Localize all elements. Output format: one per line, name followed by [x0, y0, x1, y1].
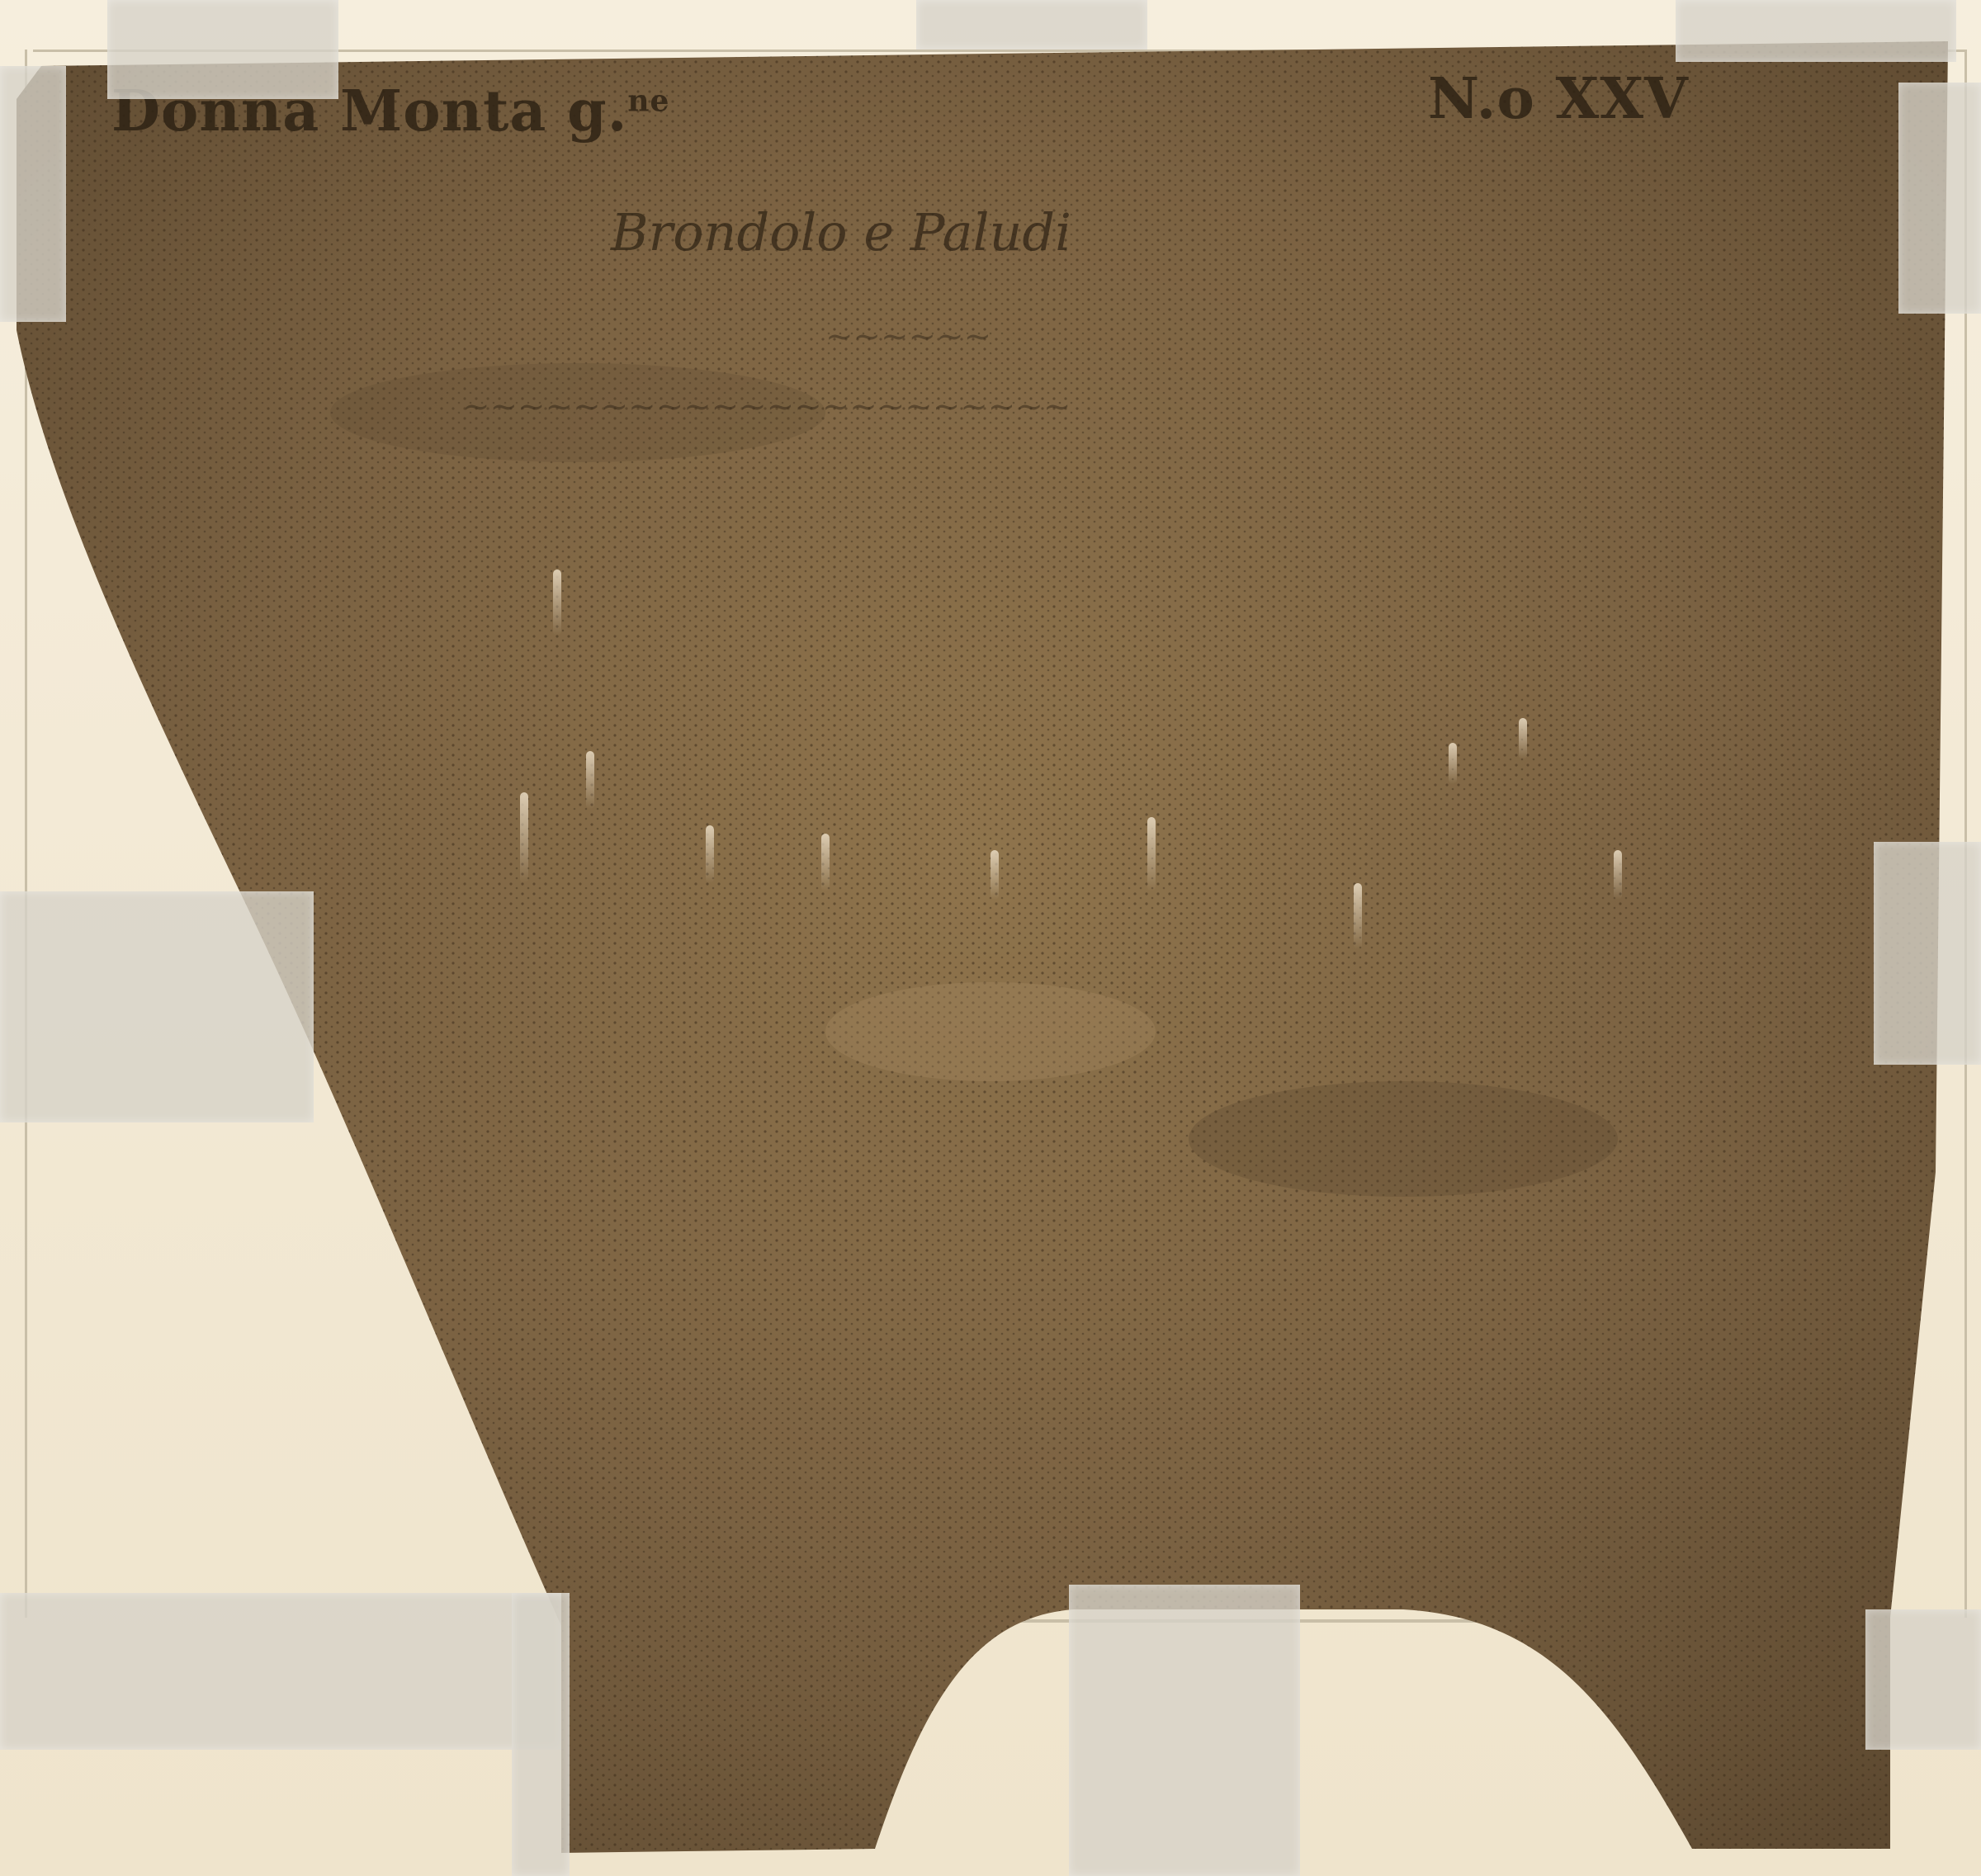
tape-strip — [1676, 0, 1956, 62]
tape-strip — [1898, 83, 1981, 314]
scratch-mark — [586, 751, 594, 809]
scratch-mark — [1354, 883, 1362, 949]
scratch-mark — [553, 569, 561, 636]
inscription-line-3: ~~~~~~ — [825, 318, 991, 356]
inscription-line-4: ~~~~~~~~~~~~~~~~~~~~~~ — [462, 388, 1071, 426]
tape-strip — [0, 66, 66, 322]
scratch-mark — [1614, 850, 1622, 900]
tape-strip — [0, 891, 314, 1122]
tape-strip — [916, 0, 1147, 50]
scratch-mark — [520, 792, 528, 883]
tape-strip — [512, 1593, 570, 1876]
inscription-top-right: N.o XXV — [1428, 66, 1689, 132]
scratch-mark — [1519, 718, 1527, 759]
tape-strip — [1865, 1609, 1981, 1750]
scratch-mark — [1449, 743, 1457, 784]
scratch-mark — [706, 825, 714, 883]
scratch-mark — [1147, 817, 1156, 891]
tape-strip — [0, 1593, 561, 1750]
tape-strip — [1069, 1585, 1300, 1876]
inscription-line-2: Brondolo e Paludi — [611, 202, 1071, 262]
scratch-mark — [990, 850, 999, 900]
tape-strip — [107, 0, 338, 99]
tape-strip — [1874, 842, 1981, 1065]
scratch-mark — [821, 834, 830, 891]
inscription-superscript: ne — [627, 83, 669, 118]
